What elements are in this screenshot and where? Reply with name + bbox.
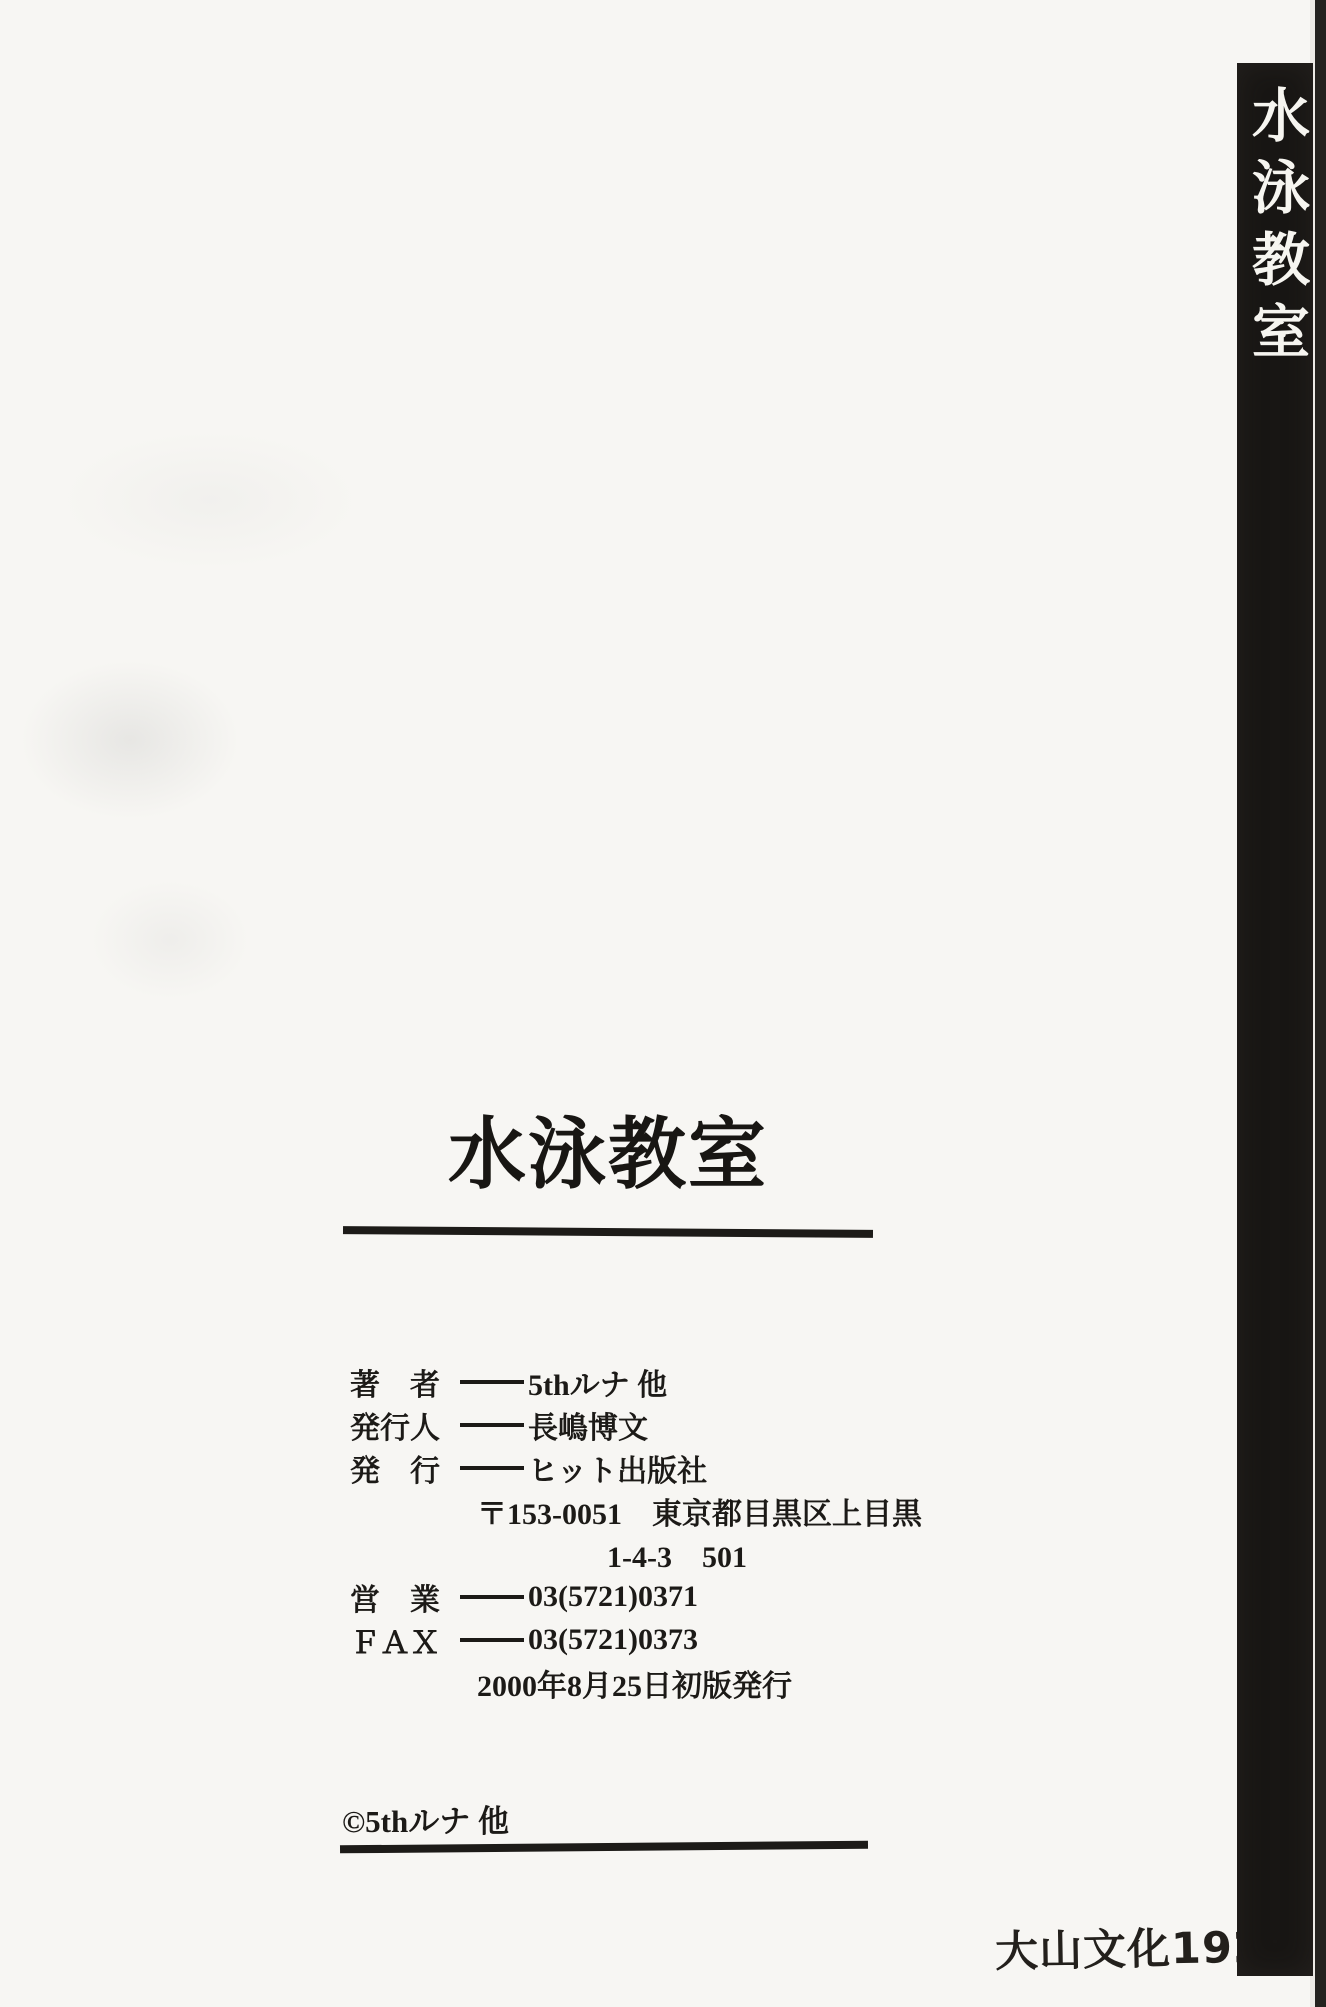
colophon-row-sales-phone: 営 業 03(5721)0371 xyxy=(350,1575,970,1618)
spine-bar: 水泳教室 xyxy=(1237,63,1313,1976)
dash-line xyxy=(460,1595,524,1599)
sales-label: 営 業 xyxy=(350,1575,460,1619)
dash-line xyxy=(460,1638,524,1642)
edition-date-value: 2000年8月25日初版発行 xyxy=(477,1661,792,1705)
spine-vertical-title: 水泳教室 xyxy=(1233,85,1317,373)
fax-label: ＦＡＸ xyxy=(350,1618,460,1662)
colophon-row-address2: 1-4-3 501 xyxy=(350,1532,970,1575)
dash-line xyxy=(460,1423,524,1427)
colophon-row-publisher-person: 発行人 長嶋博文 xyxy=(350,1403,970,1446)
scan-smudge xyxy=(20,660,240,820)
colophon-row-edition-date: 2000年8月25日初版発行 xyxy=(350,1661,970,1704)
colophon-row-publisher: 発 行 ヒット出版社 xyxy=(350,1446,970,1489)
colophon-page: 水泳教室 著 者 5thルナ 他 発行人 長嶋博文 発 行 ヒット出版社 〒15… xyxy=(0,0,1326,2007)
publisher-label: 発 行 xyxy=(350,1446,460,1490)
sales-phone-value: 03(5721)0371 xyxy=(528,1580,698,1614)
title-underline xyxy=(343,1226,873,1238)
dash-line xyxy=(460,1466,524,1470)
book-title: 水泳教室 xyxy=(343,1112,873,1198)
dash-line xyxy=(460,1380,524,1384)
colophon-row-fax: ＦＡＸ 03(5721)0373 xyxy=(350,1618,970,1661)
scan-smudge xyxy=(90,880,250,1000)
copyright-underline xyxy=(340,1841,868,1854)
publisher-value: ヒット出版社 xyxy=(528,1446,707,1490)
publisher-mark: 大山文化192 xyxy=(994,1914,1264,1980)
copyright-line: ©5thルナ 他 xyxy=(342,1796,509,1841)
author-label: 著 者 xyxy=(350,1360,460,1404)
author-value: 5thルナ 他 xyxy=(528,1360,667,1404)
colophon-row-author: 著 者 5thルナ 他 xyxy=(350,1360,970,1403)
fax-value: 03(5721)0373 xyxy=(528,1623,698,1657)
address2-value: 1-4-3 501 xyxy=(607,1532,747,1576)
colophon-row-address: 〒153-0051 東京都目黒区上目黒 xyxy=(350,1489,970,1532)
publisher-person-label: 発行人 xyxy=(350,1403,460,1447)
address-value: 〒153-0051 東京都目黒区上目黒 xyxy=(477,1489,922,1533)
scan-smudge xyxy=(60,430,360,570)
publisher-person-value: 長嶋博文 xyxy=(528,1403,648,1447)
colophon-block: 著 者 5thルナ 他 発行人 長嶋博文 発 行 ヒット出版社 〒153-005… xyxy=(350,1360,970,1704)
